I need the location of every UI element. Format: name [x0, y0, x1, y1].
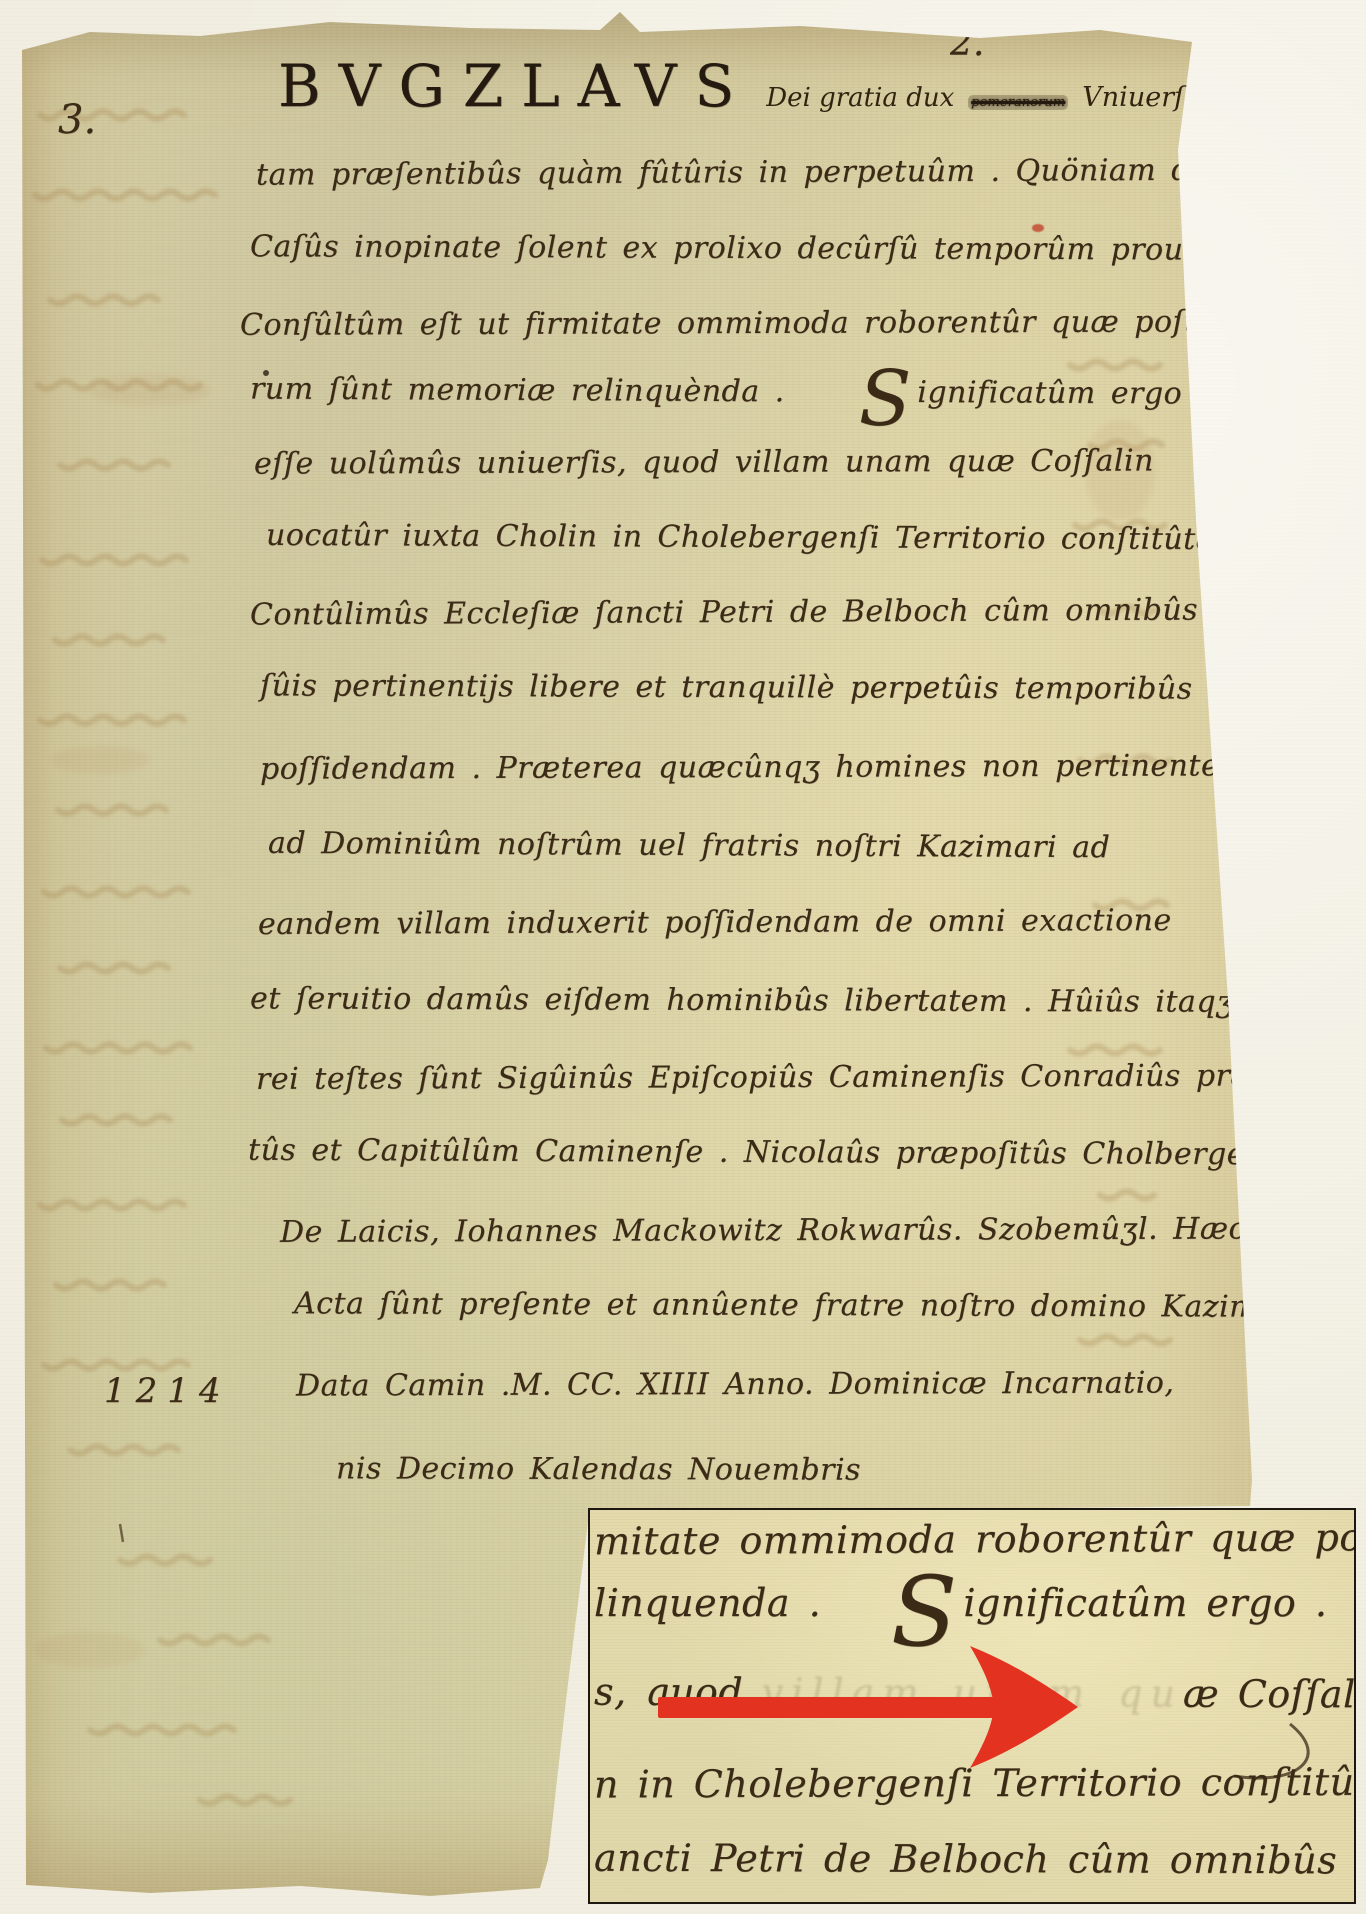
- line-segment: s, quod: [594, 1670, 762, 1715]
- line-segment: tam præſentibûs quàm fûtûris in perpetuû…: [256, 152, 1276, 192]
- manuscript-line: eſſe uolûmûs uniuerſis, quod villam unam…: [254, 446, 1154, 479]
- inset-line: n in Cholebergenſi Territorio conſtitûta…: [594, 1763, 1356, 1804]
- line-segment: ancti Petri de Belboch cûm omnibûs: [594, 1836, 1337, 1883]
- line-segment: Acta ſûnt preſente et annûente fratre no…: [294, 1286, 1310, 1325]
- manuscript-line: Conſûltûm eſt ut firmitate ommimoda robo…: [240, 307, 1258, 341]
- line-segment: eſſe uolûmûs uniuerſis, quod villam unam…: [254, 443, 1154, 481]
- line-segment: tûs et Capitûlûm Caminenſe . Nicolaûs pr…: [248, 1133, 1313, 1173]
- line-segment: rum ſûnt memoriæ relinquènda .: [250, 371, 845, 409]
- manuscript-line: eandem villam induxerit poſſidendam de o…: [258, 906, 1172, 940]
- ink-speck: [263, 370, 269, 376]
- manuscript-line: Acta ſûnt preſente et annûente fratre no…: [294, 1289, 1310, 1323]
- overwritten-word: pomeranorum: [968, 95, 1068, 110]
- heading-after-overwritten: Vniuerſis: [1082, 82, 1206, 113]
- margin-year-note: 1214: [104, 1374, 231, 1408]
- manuscript-line: Caſûs inopinate ſolent ex prolixo decûrſ…: [250, 232, 1275, 266]
- inset-line: linquenda . Significatûm ergo .: [594, 1584, 1327, 1622]
- manuscript-line: nis Decimo Kalendas Nouembris: [336, 1454, 861, 1485]
- inset-line: ancti Petri de Belboch cûm omnibûs: [594, 1839, 1337, 1880]
- manuscript-line: uocatûr iuxta Cholin in Cholebergenſi Te…: [266, 521, 1253, 555]
- decorated-initial: S: [891, 1555, 957, 1668]
- line-segment: ad Dominiûm noſtrûm uel fratris noſtri K…: [268, 826, 1110, 865]
- line-segment: ſûis pertinentijs libere et tranquillè p…: [260, 668, 1193, 706]
- line-segment: Conſûltûm eſt ut firmitate ommimoda robo…: [240, 304, 1258, 343]
- manuscript-line: Contûlimûs Eccleſiæ ſancti Petri de Belb…: [250, 596, 1198, 631]
- line-segment: Data Camin .M. CC. XIIII Anno. Dominicæ …: [296, 1365, 1174, 1403]
- red-fleck: [1032, 224, 1044, 232]
- line-segment: n in Cholebergenſi Territorio conſtitûta…: [594, 1760, 1356, 1807]
- heading-word: BVGZLAVS: [278, 52, 752, 120]
- line-segment: uocatûr iuxta Cholin in Cholebergenſi Te…: [266, 518, 1253, 557]
- line-segment: ignificatûm ergo .: [963, 1581, 1327, 1625]
- manuscript-line: ſûis pertinentijs libere et tranquillè p…: [260, 671, 1193, 704]
- line-segment: æ Coſſalin: [1183, 1672, 1356, 1717]
- line-segment: nis Decimo Kalendas Nouembris: [336, 1451, 861, 1487]
- line-segment: linquenda .: [594, 1581, 877, 1625]
- erased-word: villam unam qu: [762, 1670, 1183, 1715]
- line-segment: De Laicis, Iohannes Mackowitz Rokwarûs. …: [280, 1211, 1332, 1250]
- manuscript-line: De Laicis, Iohannes Mackowitz Rokwarûs. …: [280, 1214, 1332, 1248]
- line-segment: eandem villam induxerit poſſidendam de o…: [258, 903, 1172, 942]
- line-segment: mitate ommimoda roborentûr quæ poſtero,: [594, 1515, 1356, 1564]
- manuscript-line: Data Camin .M. CC. XIIII Anno. Dominicæ …: [296, 1368, 1174, 1401]
- heading-continuation: Dei gratia dux: [766, 83, 954, 113]
- decorated-initial: S: [859, 355, 912, 444]
- manuscript-line: ad Dominiûm noſtrûm uel fratris noſtri K…: [268, 829, 1110, 863]
- manuscript-line: tûs et Capitûlûm Caminenſe . Nicolaûs pr…: [248, 1136, 1313, 1171]
- ink-tick: [120, 1524, 123, 1542]
- manuscript-line: tam præſentibûs quàm fûtûris in perpetuû…: [256, 155, 1276, 190]
- magnifier-inset: mitate ommimoda roborentûr quæ poſtero,l…: [588, 1508, 1356, 1904]
- inset-line: s, quod villam unam quæ Coſſalin: [594, 1673, 1356, 1714]
- line-segment: ignificatûm ergo .: [917, 375, 1207, 412]
- manuscript-line: rei teſtes ſûnt Sigûinûs Epiſcopiûs Cami…: [256, 1061, 1329, 1095]
- line-segment: et ſeruitio damûs eiſdem hominibûs liber…: [250, 981, 1234, 1019]
- manuscript-line: rum ſûnt memoriæ relinquènda . Significa…: [250, 374, 1207, 409]
- line-segment: Caſûs inopinate ſolent ex prolixo decûrſ…: [250, 229, 1275, 268]
- heading-line: BVGZLAVS Dei gratia dux pomeranorum Vniu…: [278, 52, 1207, 120]
- line-segment: Contûlimûs Eccleſiæ ſancti Petri de Belb…: [250, 593, 1198, 633]
- manuscript-line: et ſeruitio damûs eiſdem hominibûs liber…: [250, 984, 1234, 1017]
- document-photo: { "page": { "folio_number": "3.", "page_…: [0, 0, 1366, 1914]
- line-segment: rei teſtes ſûnt Sigûinûs Epiſcopiûs Cami…: [256, 1058, 1329, 1097]
- manuscript-line: poſſidendam . Præterea quæcûnqʒ homines …: [260, 751, 1235, 784]
- inset-line: mitate ommimoda roborentûr quæ poſtero,: [594, 1518, 1356, 1561]
- folio-number: 3.: [58, 100, 96, 140]
- line-segment: poſſidendam . Præterea quæcûnqʒ homines …: [260, 748, 1235, 786]
